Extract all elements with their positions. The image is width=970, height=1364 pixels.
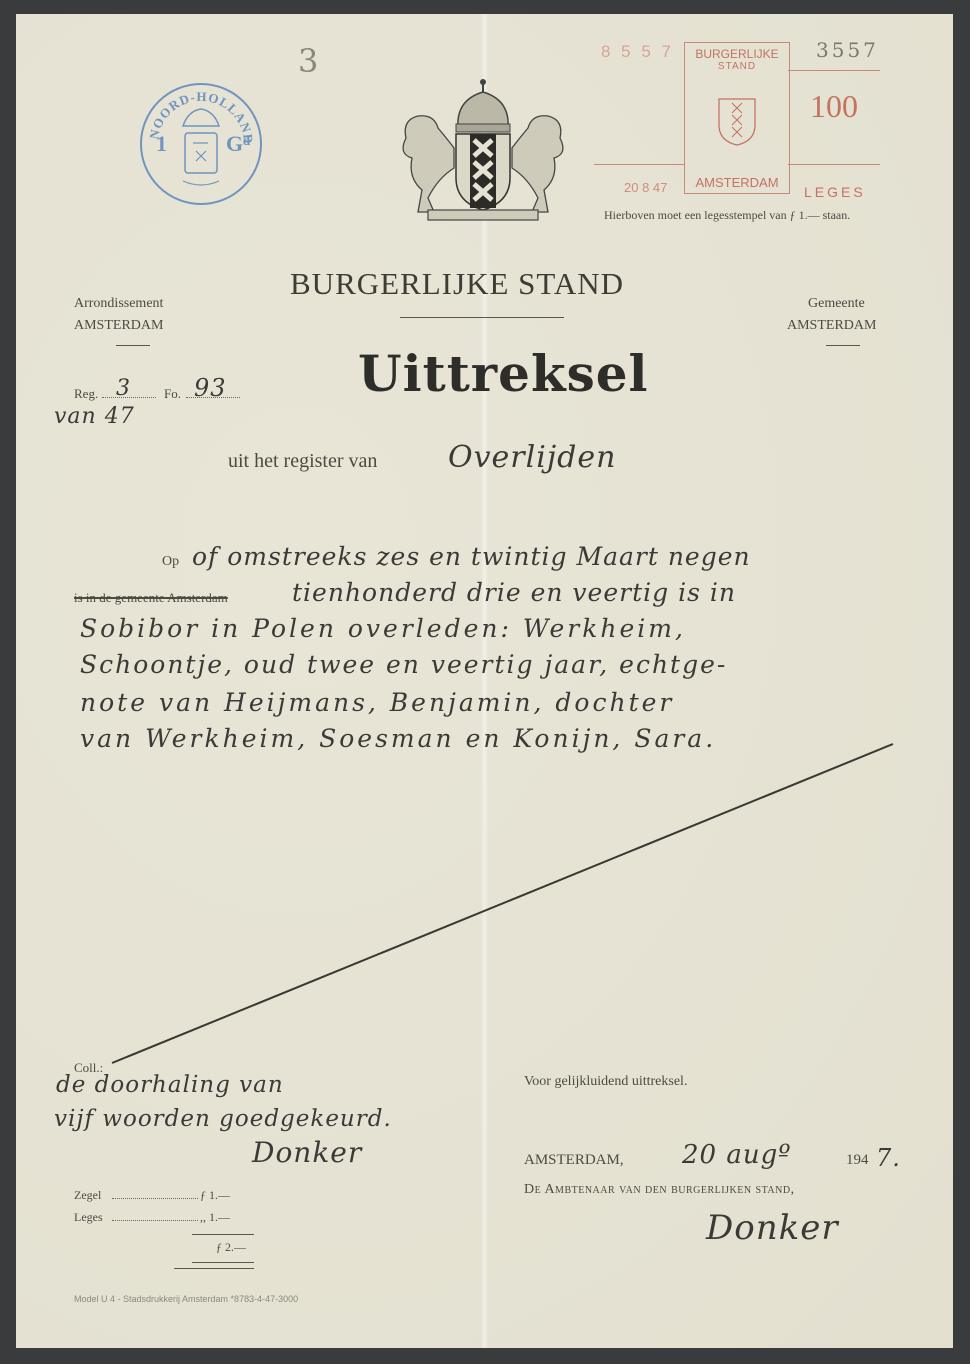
- collation-signature: Donker: [252, 1136, 362, 1169]
- official-title: De Ambtenaar van den burgerlijken stand,: [524, 1182, 795, 1198]
- fee-total-value: ƒ 2.—: [216, 1240, 246, 1255]
- official-signature: Donker: [706, 1208, 839, 1248]
- fee-leges-label: Leges: [74, 1210, 103, 1225]
- fee-total-rule-2: [174, 1268, 254, 1269]
- certification-statement: Voor gelijkluidend uittreksel.: [524, 1074, 687, 1090]
- fee-leges-value: ,, 1.—: [200, 1210, 230, 1225]
- certification-place: AMSTERDAM,: [524, 1152, 624, 1169]
- fee-leges-dots: [112, 1220, 198, 1221]
- collation-note-line-1: de doorhaling van: [56, 1072, 284, 1098]
- fee-zegel-dots: [112, 1198, 198, 1199]
- certification-year-handwritten: 7.: [876, 1144, 901, 1172]
- certification-date: 20 augº: [682, 1140, 791, 1170]
- document-paper: 3 NOORD-HOLLAND 1 Gᵈ: [16, 14, 953, 1348]
- certification-year-printed: 194: [846, 1152, 869, 1169]
- fee-sum-rule: [192, 1234, 254, 1235]
- cancellation-diagonal-line: [16, 14, 953, 1348]
- fee-total-rule-1: [192, 1262, 254, 1263]
- fee-zegel-value: ƒ 1.—: [200, 1188, 230, 1203]
- print-info-footer: Model U 4 - Stadsdrukkerij Amsterdam *87…: [74, 1294, 298, 1304]
- fee-zegel-label: Zegel: [74, 1188, 101, 1203]
- collation-note-line-2: vijf woorden goedgekeurd.: [54, 1106, 392, 1132]
